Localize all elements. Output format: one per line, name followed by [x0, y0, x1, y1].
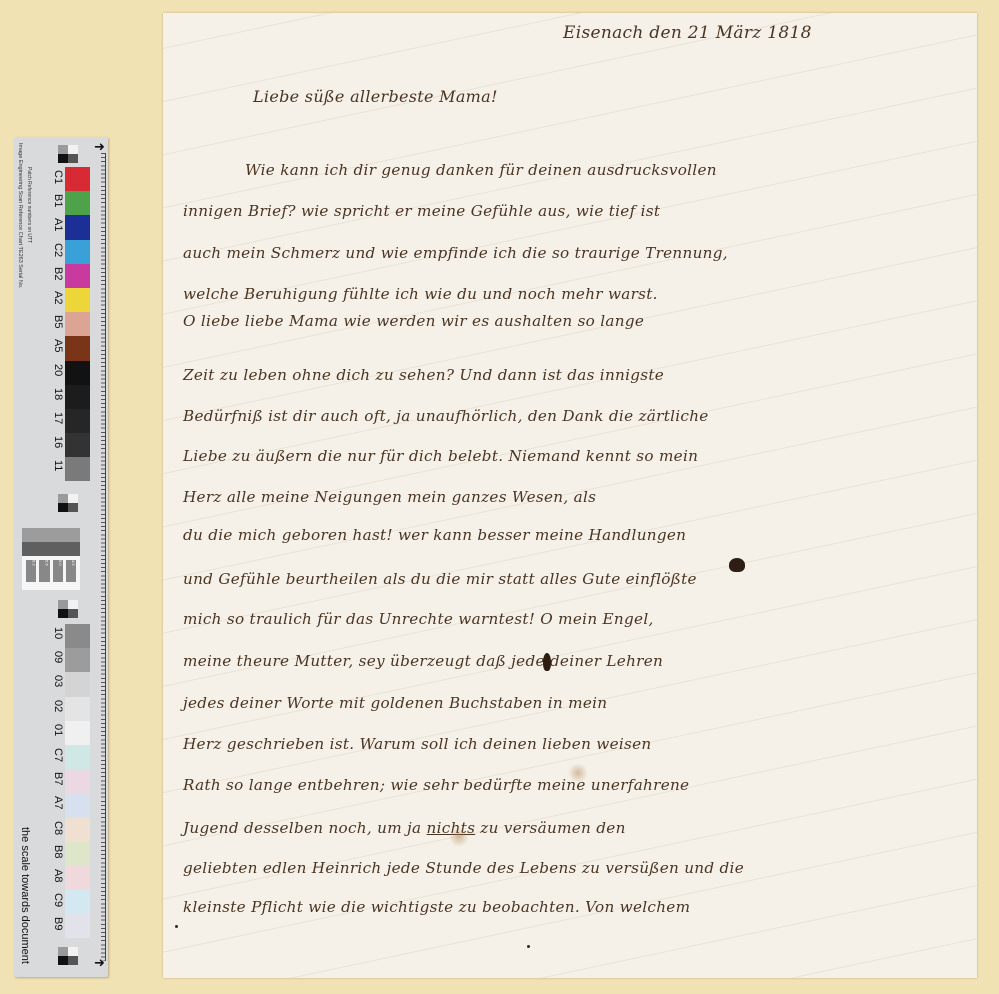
ink-dot	[175, 925, 178, 928]
patch-swatch	[65, 890, 90, 914]
color-patch: 18	[50, 385, 90, 409]
color-patch: 20	[50, 361, 90, 385]
salutation: Liebe süße allerbeste Mama!	[253, 87, 498, 106]
color-patch: 02	[50, 697, 90, 721]
patch-label: B7	[50, 772, 64, 785]
patch-swatch	[65, 433, 90, 457]
letter-line: mich so traulich für das Unrechte warnte…	[183, 610, 654, 628]
measurement-scale	[92, 153, 106, 961]
patch-swatch	[65, 914, 90, 938]
color-patch: B5	[50, 312, 90, 336]
resolution-bar: 5.0	[53, 560, 63, 582]
color-patch: B2	[50, 264, 90, 288]
patch-label: A1	[50, 218, 64, 231]
patch-swatch	[65, 866, 90, 890]
letter-line: Bedürfniß ist dir auch oft, ja unaufhörl…	[183, 407, 709, 425]
patch-swatch	[65, 312, 90, 336]
letter-line: geliebten edlen Heinrich jede Stunde des…	[183, 859, 744, 877]
patch-swatch	[65, 457, 90, 481]
patch-swatch	[65, 793, 90, 817]
letter-line: welche Beruhigung fühlte ich wie du und …	[183, 285, 658, 303]
patch-swatch	[65, 624, 90, 648]
letter-line: du die mich geboren hast! wer kann besse…	[183, 526, 686, 544]
color-patch: 11	[50, 457, 90, 481]
patch-swatch	[65, 769, 90, 793]
patch-label: A5	[50, 339, 64, 352]
letter-line: Liebe zu äußern die nur für dich belebt.…	[183, 447, 698, 465]
patch-swatch	[65, 288, 90, 312]
patch-label: C8	[50, 821, 64, 835]
chart-maker-label: Image Engineering Scan Reference Chart T…	[17, 143, 23, 288]
patch-label: 09	[50, 651, 64, 663]
letter-line: Zeit zu leben ohne dich zu sehen? Und da…	[183, 366, 664, 384]
letter-line: O liebe liebe Mama wie werden wir es aus…	[183, 312, 644, 330]
chart-bottom-note: the scale towards document	[19, 827, 31, 964]
color-patch: 09	[50, 648, 90, 672]
resolution-bar: 5.6	[39, 560, 49, 582]
patch-label: 01	[50, 724, 64, 736]
letter-page: Eisenach den 21 März 1818 Liebe süße all…	[163, 13, 977, 978]
patch-swatch	[65, 745, 90, 769]
patch-label: 20	[50, 364, 64, 376]
color-patch: B9	[50, 914, 90, 938]
patch-label: A8	[50, 869, 64, 882]
ink-dot	[527, 945, 530, 948]
patch-swatch	[65, 818, 90, 842]
patch-swatch	[65, 167, 90, 191]
patch-swatch	[65, 191, 90, 215]
resolution-bar: 4.5	[66, 560, 76, 582]
letter-line: Herz alle meine Neigungen mein ganzes We…	[183, 488, 596, 506]
gray-registration-mark	[58, 600, 78, 618]
patch-label: 10	[50, 627, 64, 639]
letter-line: und Gefühle beurtheilen als du die mir s…	[183, 570, 697, 588]
patch-swatch	[65, 648, 90, 672]
color-patch: 16	[50, 433, 90, 457]
letter-line: Herz geschrieben ist. Warum soll ich dei…	[183, 735, 652, 753]
stain	[568, 763, 588, 783]
resolution-bar: 6.3	[26, 560, 36, 582]
color-patch: C8	[50, 818, 90, 842]
color-patch: B1	[50, 191, 90, 215]
patch-label: 11	[50, 460, 64, 471]
patch-swatch	[65, 672, 90, 696]
color-patch: A8	[50, 866, 90, 890]
patch-swatch	[65, 215, 90, 239]
patch-label: B5	[50, 315, 64, 328]
color-reference-chart: Image Engineering Scan Reference Chart T…	[14, 137, 108, 977]
ink-blot	[729, 558, 745, 572]
color-patch: B8	[50, 842, 90, 866]
patch-label: 02	[50, 700, 64, 712]
patch-label: A7	[50, 796, 64, 809]
patch-label: C2	[50, 243, 64, 257]
color-patch: 10	[50, 624, 90, 648]
patch-label: C1	[50, 170, 64, 184]
patch-swatch	[65, 336, 90, 360]
letter-line: jedes deiner Worte mit goldenen Buchstab…	[183, 694, 607, 712]
color-patch: A2	[50, 288, 90, 312]
patch-swatch	[65, 264, 90, 288]
patch-label: C7	[50, 748, 64, 762]
color-patch: C2	[50, 240, 90, 264]
patch-label: B8	[50, 845, 64, 858]
gray-resolution-target: 6.35.65.04.5	[22, 528, 80, 590]
patch-label: B1	[50, 194, 64, 207]
chart-reference-note: Patch Reference numbers on UTT	[26, 167, 32, 243]
gray-registration-mark	[58, 145, 78, 163]
patch-swatch	[65, 385, 90, 409]
patch-swatch	[65, 721, 90, 745]
patch-label: 17	[50, 412, 64, 424]
letter-line: auch mein Schmerz und wie empfinde ich d…	[183, 244, 728, 262]
stain	[449, 827, 469, 847]
letter-line: Jugend desselben noch, um ja nichts zu v…	[183, 819, 626, 837]
patch-swatch	[65, 842, 90, 866]
letter-line: Wie kann ich dir genug danken für deinen…	[245, 161, 717, 179]
gray-registration-mark	[58, 494, 78, 512]
patch-swatch	[65, 240, 90, 264]
letter-line: Rath so lange entbehren; wie sehr bedürf…	[183, 776, 689, 794]
color-patch: 01	[50, 721, 90, 745]
color-patch: C1	[50, 167, 90, 191]
color-patch: A1	[50, 215, 90, 239]
place-date-line: Eisenach den 21 März 1818	[563, 23, 812, 43]
patch-swatch	[65, 697, 90, 721]
color-patch: B7	[50, 769, 90, 793]
patch-label: 16	[50, 436, 64, 448]
ink-blot	[543, 653, 551, 671]
color-patch: C7	[50, 745, 90, 769]
gray-registration-mark	[58, 947, 78, 965]
patch-swatch	[65, 409, 90, 433]
color-patch: A5	[50, 336, 90, 360]
letter-line: innigen Brief? wie spricht er meine Gefü…	[183, 202, 660, 220]
color-patches-top: C1B1A1C2B2A2B5A52018171611	[50, 167, 90, 481]
color-patch: 17	[50, 409, 90, 433]
color-patches-bottom: 1009030201C7B7A7C8B8A8C9B9	[50, 624, 90, 938]
letter-line: kleinste Pflicht wie die wichtigste zu b…	[183, 898, 690, 916]
patch-label: C9	[50, 893, 64, 907]
color-patch: A7	[50, 793, 90, 817]
patch-label: B2	[50, 267, 64, 280]
patch-label: 18	[50, 388, 64, 400]
patch-label: A2	[50, 291, 64, 304]
patch-label: B9	[50, 917, 64, 930]
letter-line: meine theure Mutter, sey überzeugt daß j…	[183, 652, 663, 670]
color-patch: 03	[50, 672, 90, 696]
patch-label: 03	[50, 675, 64, 687]
patch-swatch	[65, 361, 90, 385]
color-patch: C9	[50, 890, 90, 914]
scale-line	[105, 153, 106, 961]
